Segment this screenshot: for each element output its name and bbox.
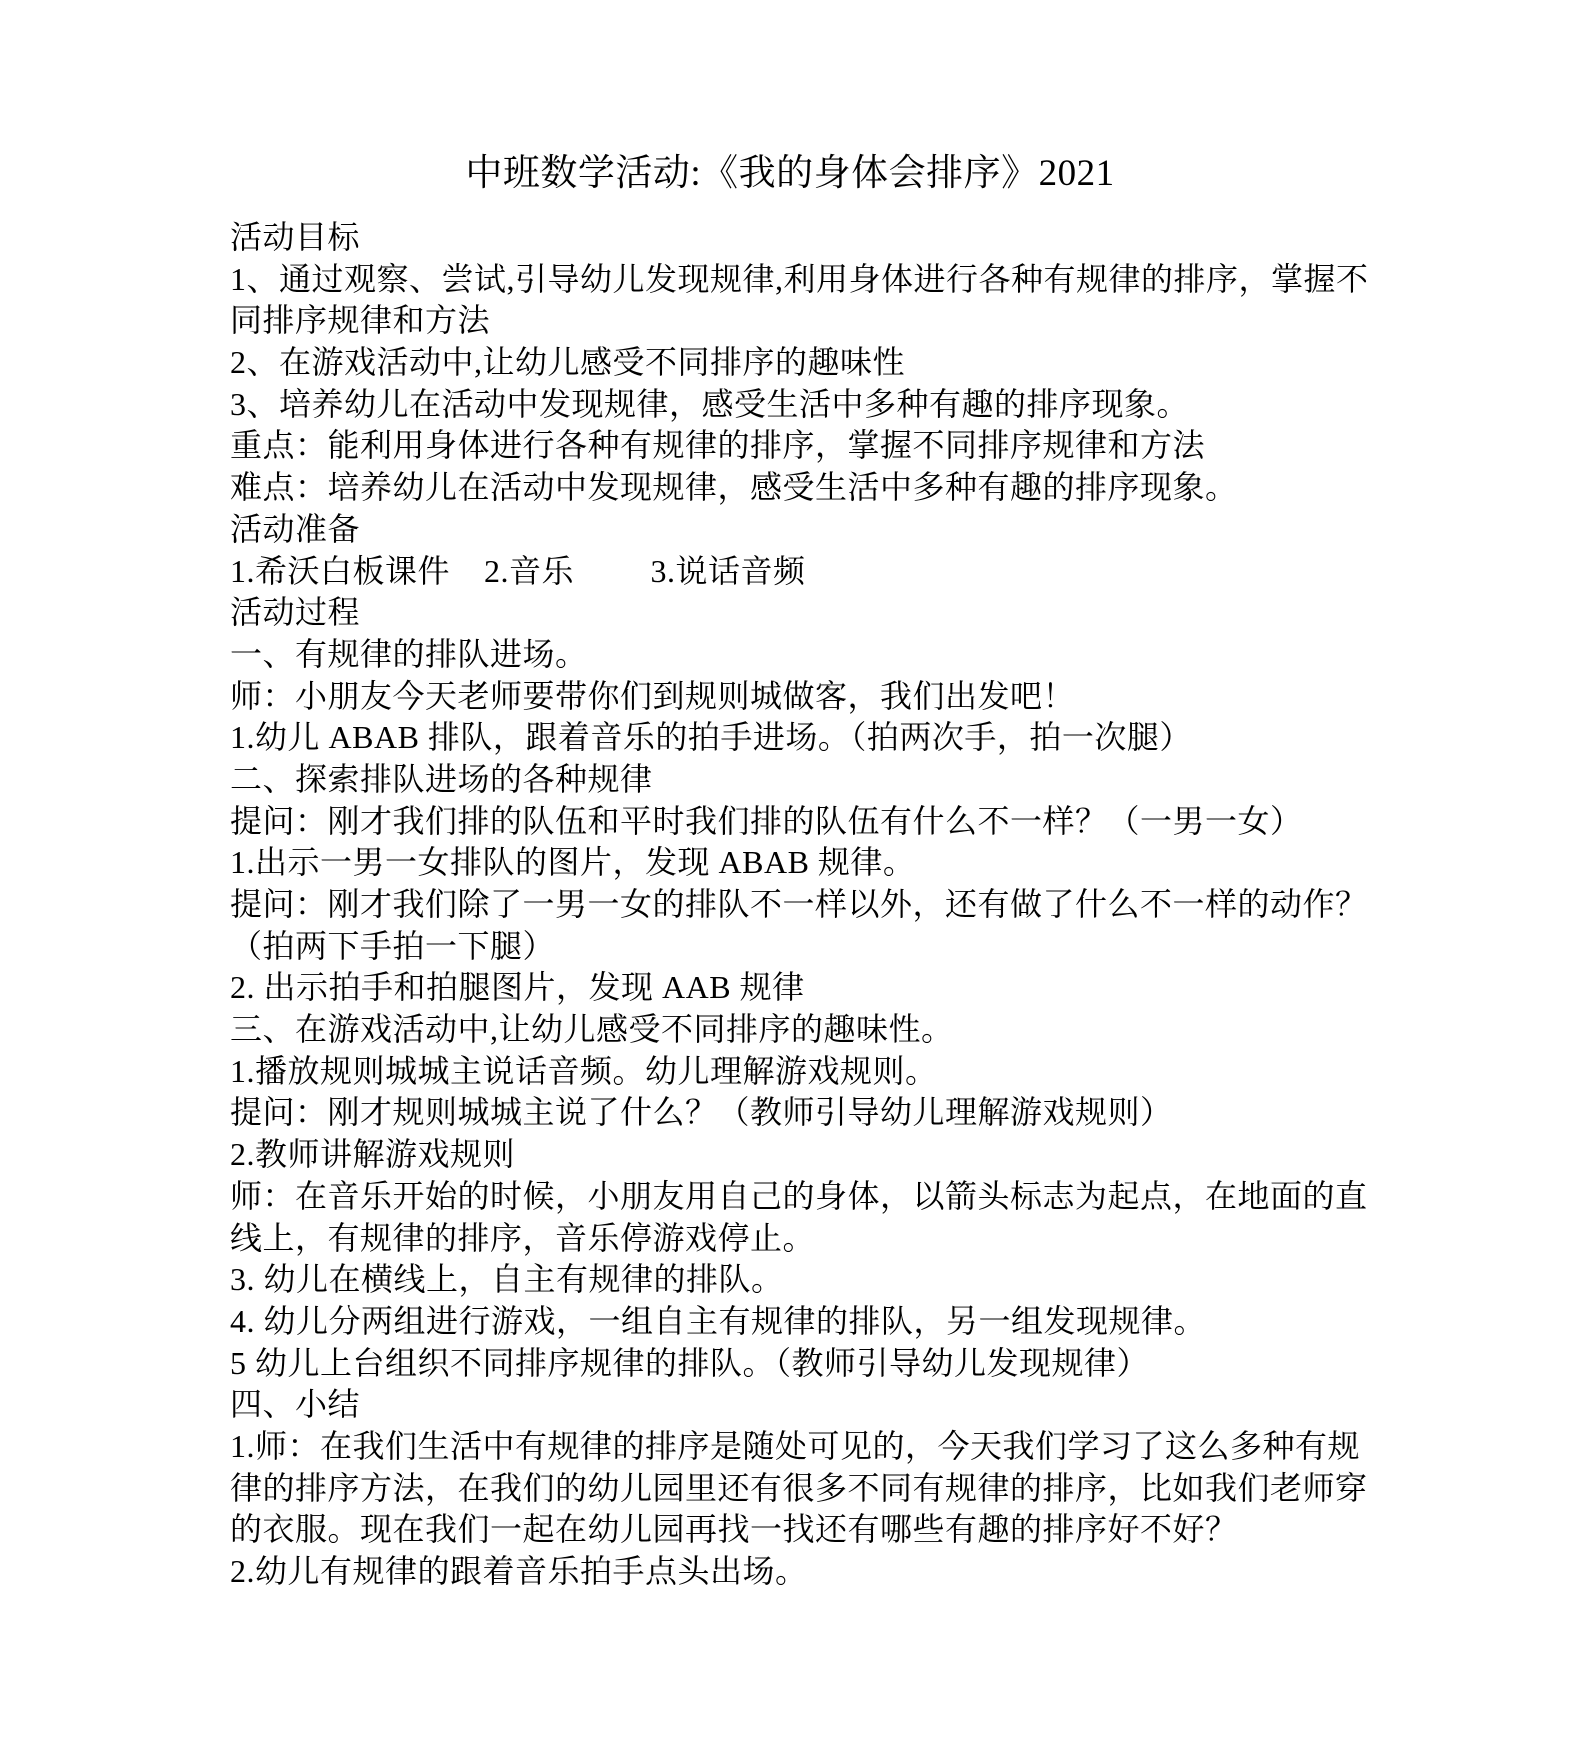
- text-line: 提问：刚才我们除了一男一女的排队不一样以外，还有做了什么不一样的动作？: [230, 884, 1350, 926]
- text-line: 一、有规律的排队进场。: [230, 634, 1350, 676]
- document-page: 中班数学活动:《我的身体会排序》2021 活动目标1、通过观察、尝试,引导幼儿发…: [0, 0, 1587, 1746]
- text-line: 2. 出示拍手和拍腿图片，发现 AAB 规律: [230, 967, 1350, 1009]
- text-line: 难点：培养幼儿在活动中发现规律，感受生活中多种有趣的排序现象。: [230, 467, 1350, 509]
- text-line: 重点：能利用身体进行各种有规律的排序，掌握不同排序规律和方法: [230, 425, 1350, 467]
- text-line: 线上，有规律的排序，音乐停游戏停止。: [230, 1218, 1350, 1260]
- text-line: 的衣服。现在我们一起在幼儿园再找一找还有哪些有趣的排序好不好？: [230, 1509, 1350, 1551]
- text-line: 4. 幼儿分两组进行游戏，一组自主有规律的排队，另一组发现规律。: [230, 1301, 1350, 1343]
- text-line: 5 幼儿上台组织不同排序规律的排队。（教师引导幼儿发现规律）: [230, 1343, 1350, 1385]
- text-line: 1、通过观察、尝试,引导幼儿发现规律,利用身体进行各种有规律的排序，掌握不: [230, 259, 1350, 301]
- text-line: 律的排序方法，在我们的幼儿园里还有很多不同有规律的排序，比如我们老师穿: [230, 1468, 1350, 1510]
- text-line: 提问：刚才我们排的队伍和平时我们排的队伍有什么不一样？（一男一女）: [230, 801, 1350, 843]
- text-line: 提问：刚才规则城城主说了什么？（教师引导幼儿理解游戏规则）: [230, 1092, 1350, 1134]
- text-line: 2、在游戏活动中,让幼儿感受不同排序的趣味性: [230, 342, 1350, 384]
- text-line: 3、培养幼儿在活动中发现规律，感受生活中多种有趣的排序现象。: [230, 384, 1350, 426]
- text-line: 同排序规律和方法: [230, 300, 1350, 342]
- text-line: 2.幼儿有规律的跟着音乐拍手点头出场。: [230, 1551, 1350, 1593]
- text-line: 师：小朋友今天老师要带你们到规则城做客，我们出发吧！: [230, 676, 1350, 718]
- text-line: 二、探索排队进场的各种规律: [230, 759, 1350, 801]
- text-line: 1.希沃白板课件 2.音乐 3.说话音频: [230, 551, 1350, 593]
- text-line: 1.出示一男一女排队的图片，发现 ABAB 规律。: [230, 842, 1350, 884]
- document-title: 中班数学活动:《我的身体会排序》2021: [230, 150, 1350, 198]
- text-line: 活动目标: [230, 217, 1350, 259]
- text-line: 活动过程: [230, 592, 1350, 634]
- text-line: 1.幼儿 ABAB 排队，跟着音乐的拍手进场。（拍两次手，拍一次腿）: [230, 717, 1350, 759]
- document-body: 活动目标1、通过观察、尝试,引导幼儿发现规律,利用身体进行各种有规律的排序，掌握…: [230, 217, 1350, 1593]
- text-line: 2.教师讲解游戏规则: [230, 1134, 1350, 1176]
- text-line: 师：在音乐开始的时候，小朋友用自己的身体，以箭头标志为起点，在地面的直: [230, 1176, 1350, 1218]
- text-line: 四、小结: [230, 1384, 1350, 1426]
- text-line: 活动准备: [230, 509, 1350, 551]
- text-line: 三、在游戏活动中,让幼儿感受不同排序的趣味性。: [230, 1009, 1350, 1051]
- text-line: 1.播放规则城城主说话音频。幼儿理解游戏规则。: [230, 1051, 1350, 1093]
- text-line: （拍两下手拍一下腿）: [230, 926, 1350, 968]
- text-line: 3. 幼儿在横线上，自主有规律的排队。: [230, 1259, 1350, 1301]
- text-line: 1.师：在我们生活中有规律的排序是随处可见的，今天我们学习了这么多种有规: [230, 1426, 1350, 1468]
